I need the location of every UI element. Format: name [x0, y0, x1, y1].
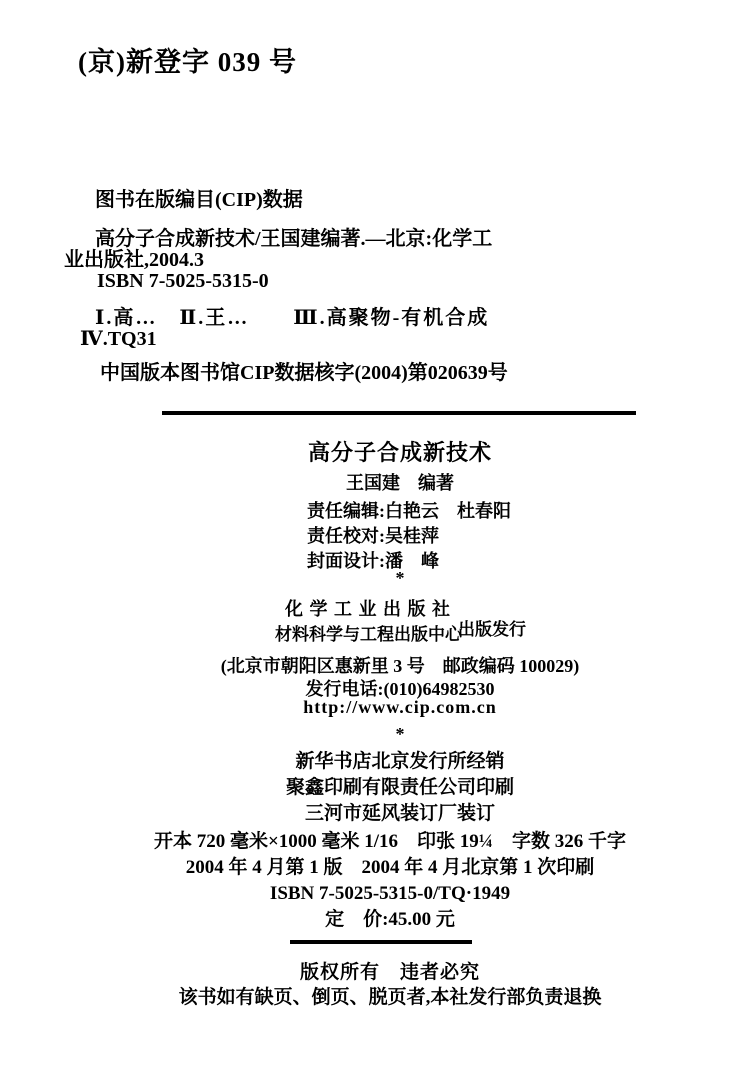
cip-description-line1: 高分子合成新技术/王国建编著.—北京:化学工: [64, 229, 644, 250]
publisher-center: 材料科学与工程出版中心: [275, 622, 461, 647]
register-number: (京)新登字 039 号: [78, 40, 297, 79]
price-line: 定 价:45.00 元: [15, 907, 749, 933]
responsible-proofreader: 责任校对:吴桂萍: [307, 524, 511, 549]
staff-block: 责任编辑:白艳云 杜春阳 责任校对:吴桂萍 封面设计:潘 峰: [307, 499, 511, 574]
publisher-website: http://www.cip.com.cn: [25, 697, 749, 718]
printer-line: 聚鑫印刷有限责任公司印刷: [25, 775, 749, 801]
star-separator-top: *: [25, 568, 749, 589]
edition-line: 2004 年 4 月第 1 版 2004 年 4 月北京第 1 次印刷: [15, 855, 749, 881]
responsible-editor: 责任编辑:白艳云 杜春阳: [307, 499, 511, 524]
format-line: 开本 720 毫米×1000 毫米 1/16 印张 19¼ 字数 326 千字: [15, 829, 749, 855]
cip-classification-line2: Ⅳ.TQ31: [80, 329, 644, 350]
book-title: 高分子合成新技术: [25, 436, 749, 467]
isbn-full-line: ISBN 7-5025-5315-0/TQ·1949: [15, 881, 749, 907]
copyright-statement: 版权所有 违者必究: [15, 957, 749, 984]
cip-isbn: ISBN 7-5025-5315-0: [97, 271, 644, 292]
cip-block: 图书在版编目(CIP)数据 高分子合成新技术/王国建编著.—北京:化学工 业出版…: [64, 190, 644, 384]
distribution-block: 新华书店北京发行所经销 聚鑫印刷有限责任公司印刷 三河市延风装订厂装订: [25, 749, 749, 827]
cip-description-line2: 业出版社,2004.3: [64, 250, 644, 271]
publisher-role: 出版发行: [458, 615, 526, 640]
return-notice: 该书如有缺页、倒页、脱页者,本社发行部负责退换: [15, 982, 749, 1009]
binder-line: 三河市延风装订厂装订: [25, 801, 749, 827]
cip-classification-line1: Ⅰ.高… Ⅱ.王… Ⅲ.高聚物-有机合成: [95, 308, 644, 329]
print-spec-block: 开本 720 毫米×1000 毫米 1/16 印张 19¼ 字数 326 千字 …: [15, 829, 749, 933]
star-separator-bottom: *: [25, 724, 749, 745]
divider-line-top: [162, 411, 636, 415]
publisher-name: 化 学 工 业 出 版 社: [275, 597, 461, 622]
book-author: 王国建 编著: [25, 469, 749, 495]
divider-line-bottom: [290, 940, 472, 944]
publisher-block: 化 学 工 业 出 版 社 材料科学与工程出版中心: [275, 597, 461, 647]
cip-record-number: 中国版本图书馆CIP数据核字(2004)第020639号: [100, 363, 644, 384]
copyright-page: (京)新登字 039 号 图书在版编目(CIP)数据 高分子合成新技术/王国建编…: [0, 0, 749, 1092]
distributor-line: 新华书店北京发行所经销: [25, 749, 749, 775]
cip-heading: 图书在版编目(CIP)数据: [95, 190, 644, 211]
